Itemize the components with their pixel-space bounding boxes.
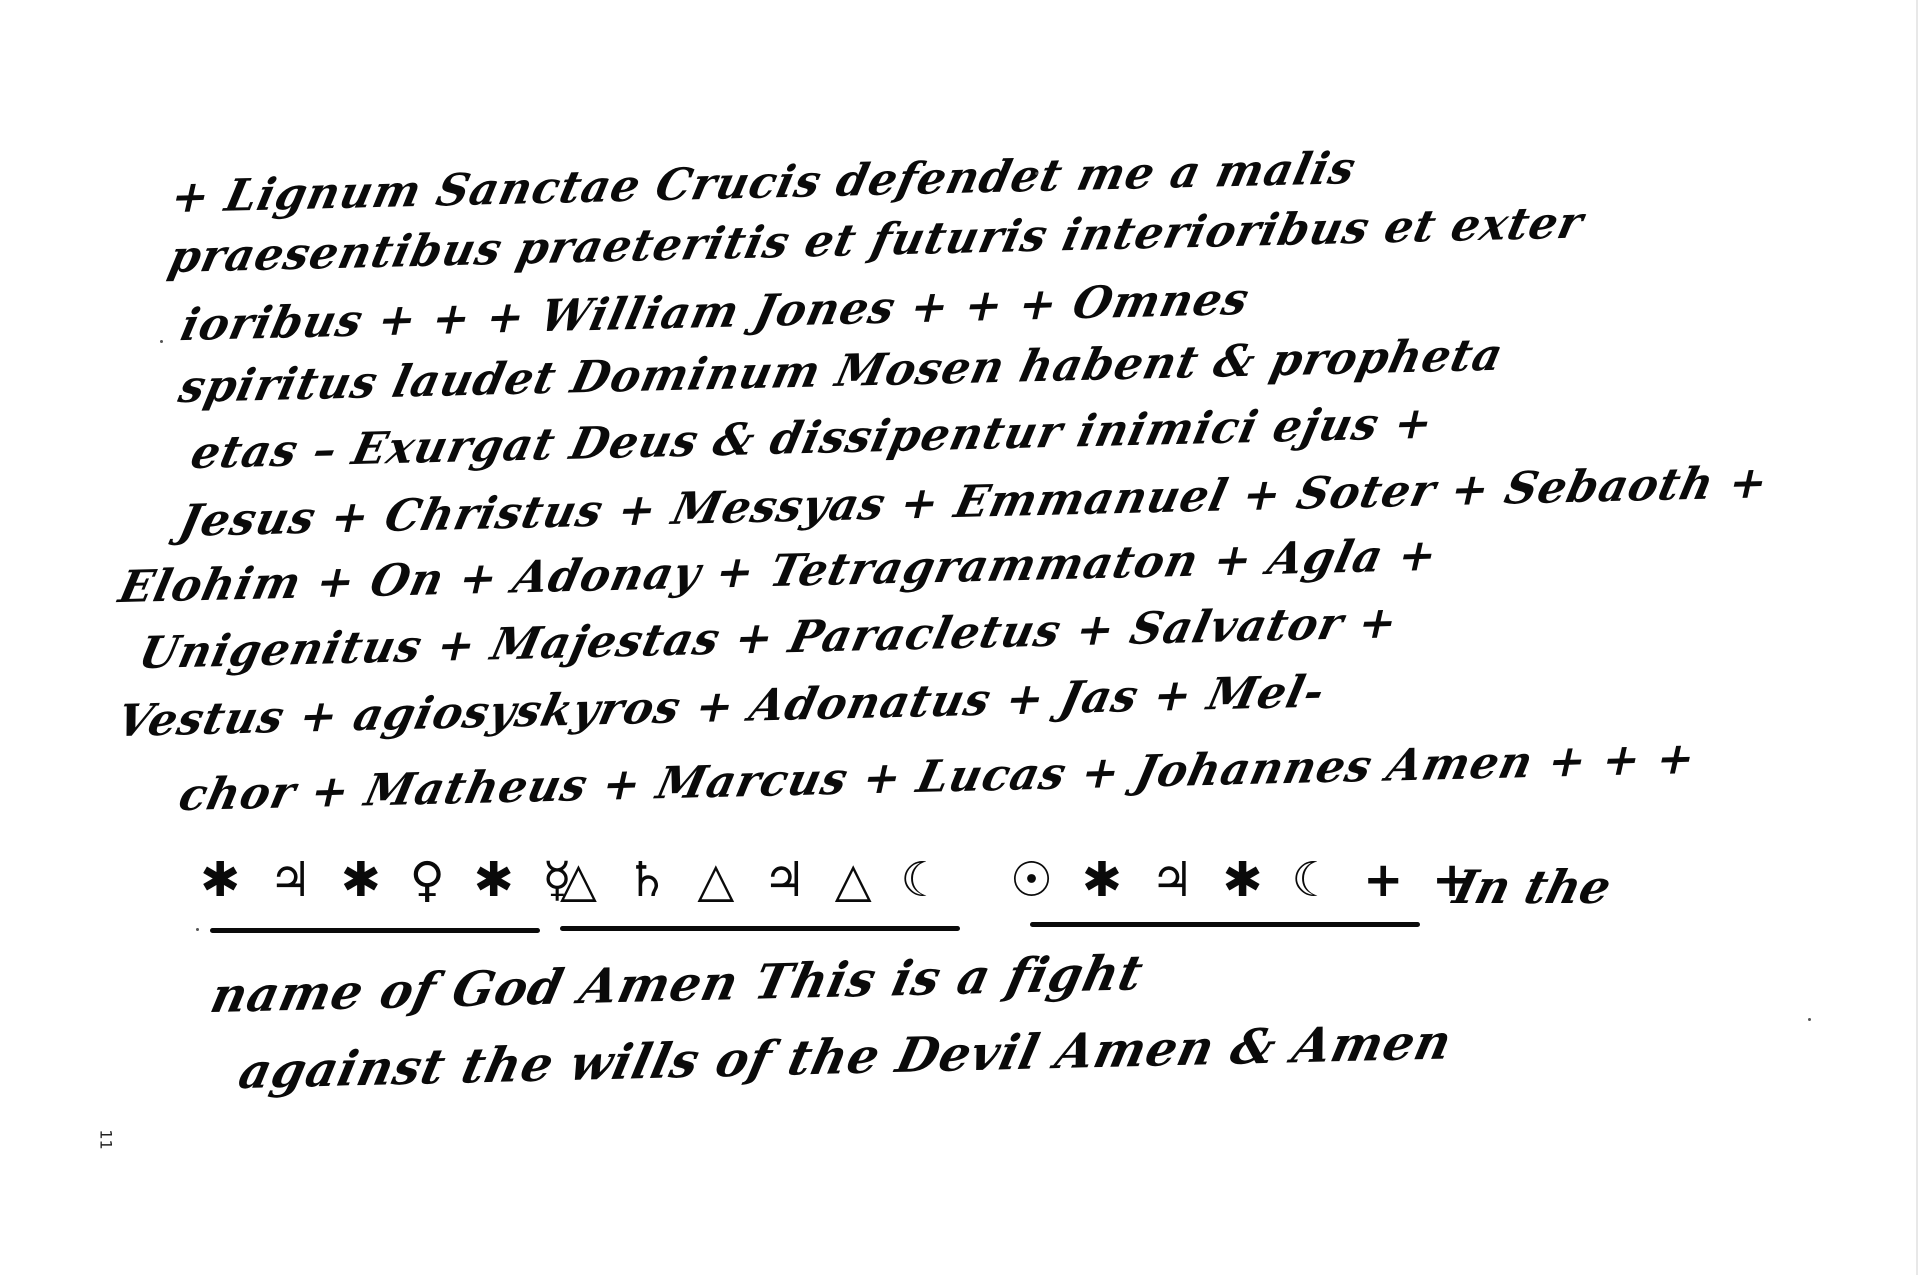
manuscript-page: + Lignum Sanctae Crucis defendet me a ma… xyxy=(0,0,1920,1275)
ink-speck xyxy=(196,928,199,931)
sigil-underline-3 xyxy=(1030,922,1420,927)
sigil-group-1: ✱ ♃ ✱ ♀ ✱ ☿ xyxy=(200,852,578,942)
manuscript-line-10: chor + Matheus + Marcus + Lucas + Johann… xyxy=(174,733,1701,821)
sigil-underline-2 xyxy=(560,926,960,931)
margin-page-mark: 11 xyxy=(97,1129,116,1149)
closing-line-1: name of God Amen This is a fight xyxy=(206,945,1149,1024)
handwritten-text-block: + Lignum Sanctae Crucis defendet me a ma… xyxy=(0,0,1920,1275)
manuscript-line-5: etas – Exurgat Deus & dissipentur inimic… xyxy=(186,398,1438,480)
ink-speck xyxy=(1035,172,1038,175)
closing-line-2: against the wills of the Devil Amen & Am… xyxy=(234,1014,1458,1100)
ink-speck xyxy=(160,340,163,343)
sigil-group-3: ☉ ✱ ♃ ✱ ☾ + + xyxy=(1010,852,1478,942)
manuscript-line-8: Unigenitus + Majestas + Paracletus + Sal… xyxy=(134,597,1403,679)
sigil-underline-1 xyxy=(210,928,540,933)
planetary-sigils-3: ☉ ✱ ♃ ✱ ☾ + + xyxy=(1010,852,1478,908)
planetary-sigils-1: ✱ ♃ ✱ ♀ ✱ ☿ xyxy=(200,852,578,908)
sigil-group-2: △ ♄ △ ♃ △ ☾ xyxy=(560,852,949,942)
manuscript-line-9: Vestus + agiosyskyros + Adonatus + Jas +… xyxy=(112,666,1329,747)
ink-speck xyxy=(1808,1018,1811,1021)
planetary-sigils-2: △ ♄ △ ♃ △ ☾ xyxy=(560,852,949,908)
closing-line-start: In the xyxy=(1448,860,1616,914)
